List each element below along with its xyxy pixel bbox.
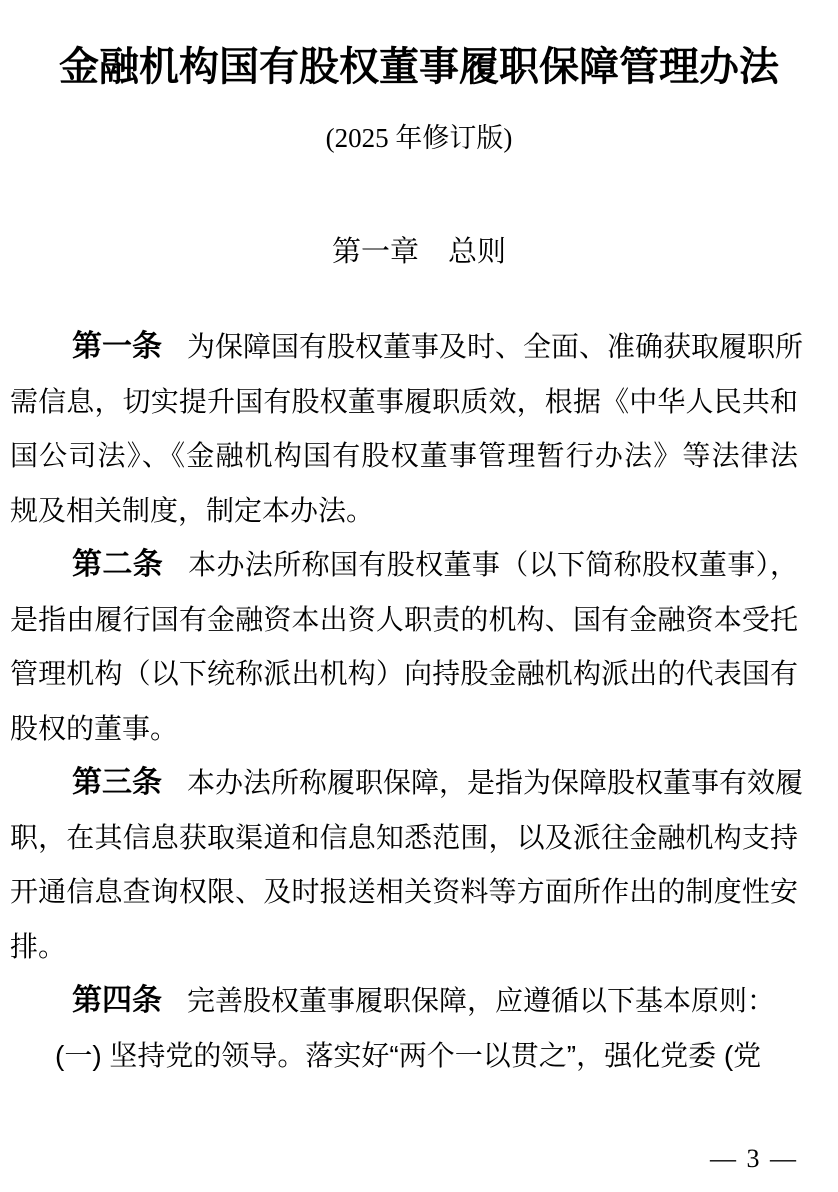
body-line: 管理机构（以下统称派出机构）向持股金融机构派出的代表国有	[10, 647, 798, 702]
body-line: 股权的董事。	[10, 702, 798, 757]
body-line: 开通信息查询权限、及时报送相关资料等方面所作出的制度性安	[10, 865, 798, 920]
line-text: 需信息，切实提升国有股权董事履职质效，根据《中华人民共和	[10, 386, 798, 417]
body-line: 排。	[10, 920, 798, 975]
article-term: 第二条	[72, 548, 163, 581]
line-text: 是指由履行国有金融资本出资人职责的机构、国有金融资本受托	[10, 604, 798, 635]
line-text: 管理机构（以下统称派出机构）向持股金融机构派出的代表国有	[10, 658, 798, 689]
page-number: — 3 —	[710, 1144, 798, 1174]
line-text: 股权的董事。	[10, 713, 178, 744]
body-line-article-3-start: 第三条本办法所称履职保障，是指为保障股权董事有效履	[10, 756, 798, 811]
line-text: 完善股权董事履职保障，应遵循以下基本原则：	[187, 985, 775, 1016]
article-term: 第三条	[72, 766, 162, 799]
line-text: 规及相关制度，制定本办法。	[10, 495, 374, 526]
line-text: 本办法所称国有股权董事（以下简称股权董事），	[188, 549, 798, 580]
article-term: 第四条	[72, 984, 162, 1017]
body-line: 需信息，切实提升国有股权董事履职质效，根据《中华人民共和	[10, 375, 798, 430]
line-text: 为保障国有股权董事及时、全面、准确获取履职所	[187, 331, 803, 362]
document-body: 第一条为保障国有股权董事及时、全面、准确获取履职所 需信息，切实提升国有股权董事…	[10, 320, 798, 1083]
line-text: 本办法所称履职保障，是指为保障股权董事有效履	[187, 767, 803, 798]
article-term: 第一条	[72, 330, 162, 363]
body-line-list-item-1: (一) 坚持党的领导。落实好“两个一以贯之”，强化党委 (党	[10, 1029, 798, 1084]
body-line-article-1-start: 第一条为保障国有股权董事及时、全面、准确获取履职所	[10, 320, 798, 375]
chapter-heading: 第一章 总则	[0, 229, 838, 270]
line-text: (一) 坚持党的领导。落实好“两个一以贯之”，强化党委 (党	[55, 1040, 761, 1071]
document-page: 金融机构国有股权董事履职保障管理办法 (2025 年修订版) 第一章 总则 第一…	[0, 0, 838, 1192]
body-line: 是指由履行国有金融资本出资人职责的机构、国有金融资本受托	[10, 593, 798, 648]
body-line: 国公司法》、《金融机构国有股权董事管理暂行办法》等法律法	[10, 429, 798, 484]
body-line: 规及相关制度，制定本办法。	[10, 484, 798, 539]
body-line-article-4-start: 第四条完善股权董事履职保障，应遵循以下基本原则：	[10, 974, 798, 1029]
document-title: 金融机构国有股权董事履职保障管理办法	[0, 46, 838, 88]
line-text: 开通信息查询权限、及时报送相关资料等方面所作出的制度性安	[10, 876, 798, 907]
line-text: 排。	[10, 931, 66, 962]
revision-note: (2025 年修订版)	[0, 116, 838, 155]
body-line-article-2-start: 第二条本办法所称国有股权董事（以下简称股权董事），	[10, 538, 798, 593]
line-text: 国公司法》、《金融机构国有股权董事管理暂行办法》等法律法	[10, 440, 798, 471]
line-text: 职，在其信息获取渠道和信息知悉范围，以及派往金融机构支持	[10, 822, 798, 853]
body-line: 职，在其信息获取渠道和信息知悉范围，以及派往金融机构支持	[10, 811, 798, 866]
